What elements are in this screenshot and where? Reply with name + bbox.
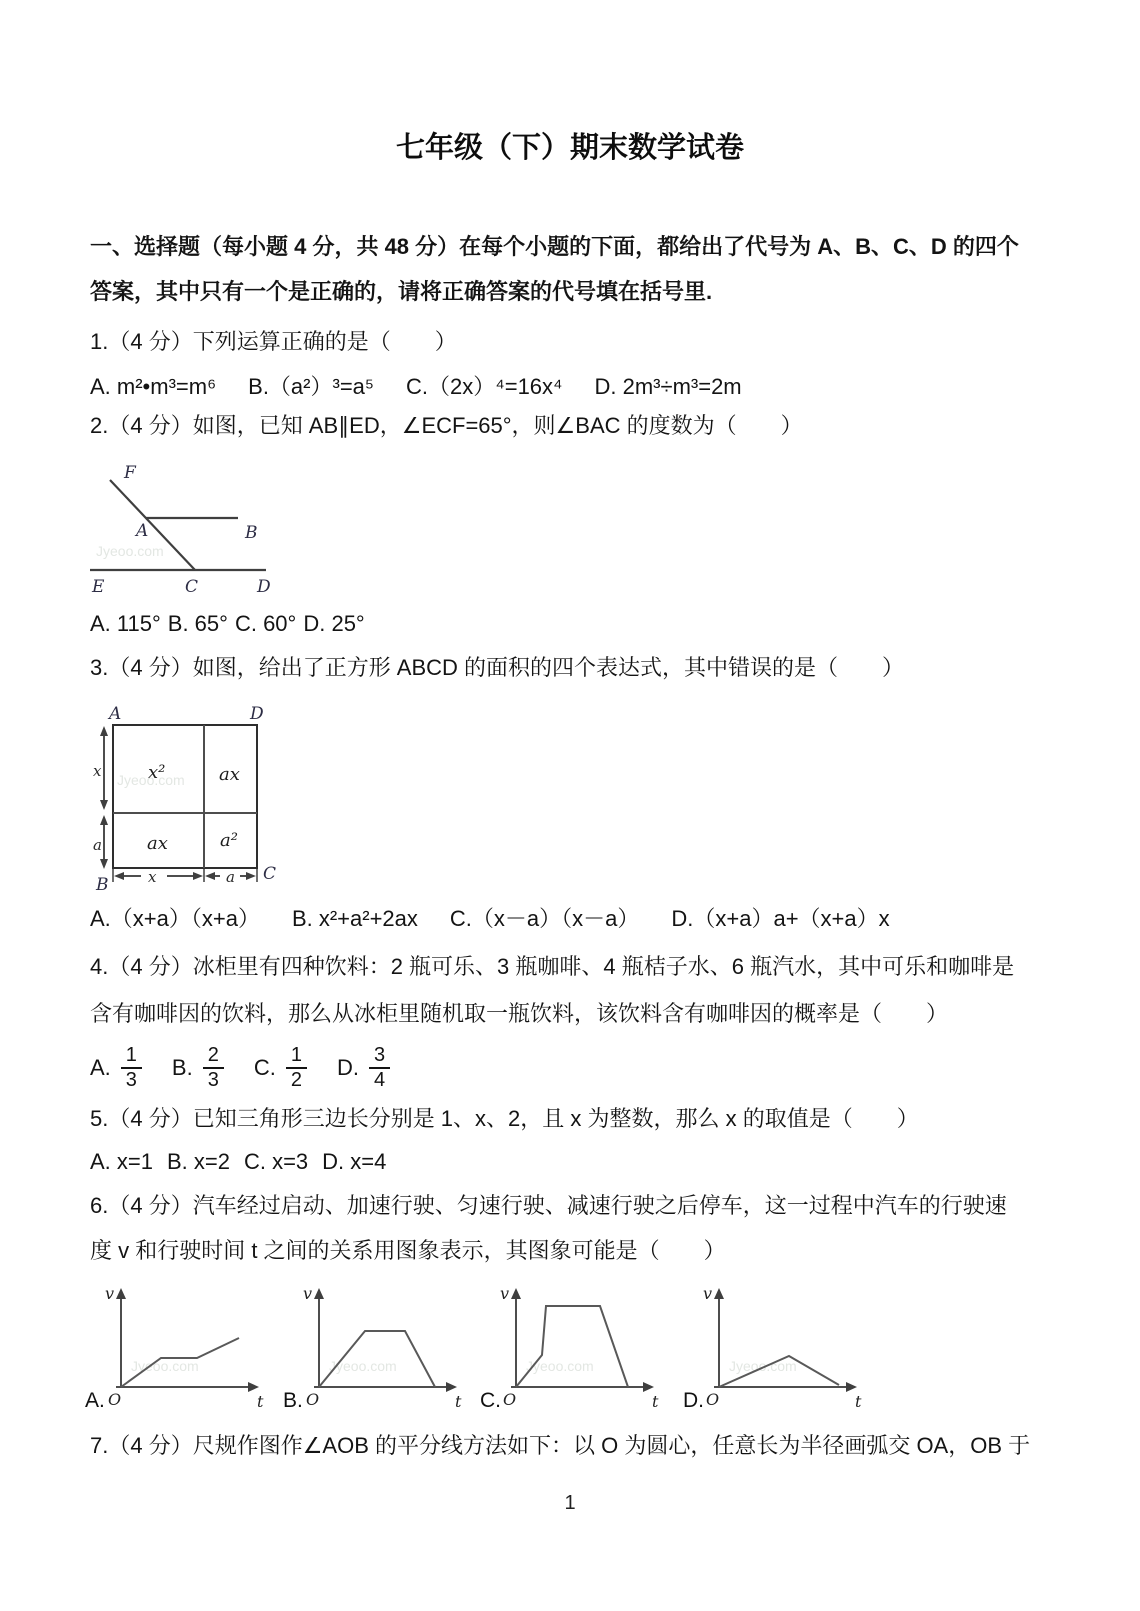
option-label: C. [254,1052,276,1084]
q3-option-d: D.（x+a）a+（x+a）x [671,903,889,935]
v-axis-label: v [303,1284,312,1303]
exam-page: 七年级（下）期末数学试卷 一、选择题（每小题 4 分，共 48 分）在每个小题的… [0,0,1140,1611]
graph-option-label: B. [283,1389,303,1412]
q7-stem: 7.（4 分）尺规作图作∠AOB 的平分线方法如下：以 O 为圆心，任意长为半径… [90,1430,1052,1462]
arrow-right-icon [846,1382,857,1392]
q5-option-c: C. x=3 [244,1146,308,1178]
t-axis-label: t [257,1392,264,1411]
q3-stem: 3.（4 分）如图，给出了正方形 ABCD 的面积的四个表达式，其中错误的是（ … [90,652,1052,684]
q2-option-d: D. 25° [303,608,364,640]
page-title: 七年级（下）期末数学试卷 [0,130,1140,166]
q6-graph-b: Jyeoo.com v O t B. [283,1281,478,1413]
dim-a-left-label: a [93,836,102,854]
q2-option-b: B. 65° [168,608,228,640]
graph-option-label: C. [480,1389,501,1412]
origin-label: O [306,1390,319,1409]
v-axis-label: v [703,1284,712,1303]
arrow-up-icon [714,1288,724,1299]
cell-ax-bottom-label: ax [147,833,168,854]
watermark: Jyeoo.com [96,543,164,559]
arrow-right-icon [643,1382,654,1392]
section-heading-line1: 一、选择题（每小题 4 分，共 48 分）在每个小题的下面，都给出了代号为 A、… [90,231,1052,263]
watermark: Jyeoo.com [329,1358,397,1374]
arrow-right-icon [248,1382,259,1392]
q4-option-a: A. 1 3 [90,1044,142,1092]
arrow-up-icon [100,726,108,736]
q3-options: A.（x+a）（x+a） B. x²+a²+2ax C.（x－a）（x－a） D… [90,903,1052,935]
q3-option-a: A.（x+a）（x+a） [90,903,260,935]
arrow-up-icon [116,1288,126,1299]
cell-x2-label: x² [148,762,165,783]
q2-angle-figure: Jyeoo.com F A B E C D [88,448,298,600]
q5-option-a: A. x=1 [90,1146,153,1178]
corner-D-label: D [249,704,264,724]
graph-option-label: A. [85,1389,105,1412]
arrow-down-icon [100,800,108,810]
point-D-label: D [256,577,271,597]
dim-a-bottom-label: a [226,868,235,886]
origin-label: O [706,1390,719,1409]
arrow-right-icon [193,872,203,880]
arrow-up-icon [314,1288,324,1299]
section-heading-line2: 答案，其中只有一个是正确的，请将正确答案的代号填在括号里. [90,276,1052,308]
page-number: 1 [0,1492,1140,1515]
q5-option-b: B. x=2 [167,1146,230,1178]
point-F-label: F [123,463,137,483]
arrow-right-icon [246,872,256,880]
q4-option-b: B. 2 3 [172,1044,224,1092]
q5-stem: 5.（4 分）已知三角形三边长分别是 1、x、2，且 x 为整数，那么 x 的取… [90,1103,1052,1135]
q6-graph-c: Jyeoo.com v O t C. [480,1281,675,1413]
point-A-label: A [134,521,148,541]
q3-option-c: C.（x－a）（x－a） [450,903,639,935]
q1-options: A. m²•m³=m⁶ B.（a²）³=a⁵ C.（2x）⁴=16x⁴ D. 2… [90,371,1052,403]
q1-stem: 1.（4 分）下列运算正确的是（ ） [90,326,1052,358]
q6-graph-a: Jyeoo.com v O t A. [85,1281,280,1413]
q2-option-c: C. 60° [235,608,296,640]
q3-square-figure: Jyeoo.com A D B C x² ax ax a² x a x [93,683,308,897]
option-label: D. [337,1052,359,1084]
fraction: 1 3 [121,1044,142,1092]
q4-option-c: C. 1 2 [254,1044,307,1092]
watermark: Jyeoo.com [526,1358,594,1374]
q1-option-d: D. 2m³÷m³=2m [595,371,742,403]
q5-option-d: D. x=4 [322,1146,386,1178]
cell-a2-label: a² [220,830,238,851]
point-C-label: C [185,577,198,597]
q6-graph-d: Jyeoo.com v O t D. [683,1281,878,1413]
q5-options: A. x=1 B. x=2 C. x=3 D. x=4 [90,1146,1052,1178]
origin-label: O [503,1390,516,1409]
speed-curve [516,1306,628,1387]
q4-stem-line1: 4.（4 分）冰柜里有四种饮料：2 瓶可乐、3 瓶咖啡、4 瓶桔子水、6 瓶汽水… [90,951,1052,983]
arrow-left-icon [205,872,215,880]
option-label: B. [172,1052,193,1084]
dim-x-left-label: x [93,762,102,780]
v-axis-label: v [500,1284,509,1303]
arrow-left-icon [114,872,124,880]
q1-option-a: A. m²•m³=m⁶ [90,371,216,403]
corner-B-label: B [95,875,109,895]
arrow-down-icon [100,859,108,869]
fraction: 1 2 [286,1044,307,1092]
corner-A-label: A [107,704,121,724]
corner-C-label: C [263,864,276,884]
q2-stem: 2.（4 分）如图，已知 AB∥ED，∠ECF=65°，则∠BAC 的度数为（ … [90,410,1052,442]
option-label: A. [90,1052,111,1084]
graph-option-label: D. [683,1389,704,1412]
cell-ax-top-label: ax [219,764,240,785]
arrow-up-icon [100,815,108,825]
q4-options: A. 1 3 B. 2 3 C. 1 2 D. 3 4 [90,1042,1052,1094]
arrow-up-icon [511,1288,521,1299]
q3-option-b: B. x²+a²+2ax [292,903,418,935]
q4-stem-line2: 含有咖啡因的饮料，那么从冰柜里随机取一瓶饮料，该饮料含有咖啡因的概率是（ ） [90,998,1052,1030]
watermark: Jyeoo.com [729,1358,797,1374]
t-axis-label: t [455,1392,462,1411]
point-E-label: E [91,577,105,597]
point-B-label: B [244,523,258,543]
q2-options: A. 115° B. 65° C. 60° D. 25° [90,608,1052,640]
dim-x-bottom-label: x [148,868,157,886]
origin-label: O [108,1390,121,1409]
v-axis-label: v [105,1284,114,1303]
q4-option-d: D. 3 4 [337,1044,390,1092]
q6-stem-line2: 度 v 和行驶时间 t 之间的关系用图象表示，其图象可能是（ ） [90,1235,1052,1267]
t-axis-label: t [652,1392,659,1411]
fraction: 2 3 [203,1044,224,1092]
arrow-right-icon [446,1382,457,1392]
q1-option-b: B.（a²）³=a⁵ [248,371,374,403]
fraction: 3 4 [369,1044,390,1092]
q2-option-a: A. 115° [90,608,161,640]
t-axis-label: t [855,1392,862,1411]
q1-option-c: C.（2x）⁴=16x⁴ [406,371,562,403]
q6-stem-line1: 6.（4 分）汽车经过启动、加速行驶、匀速行驶、减速行驶之后停车，这一过程中汽车… [90,1190,1052,1222]
